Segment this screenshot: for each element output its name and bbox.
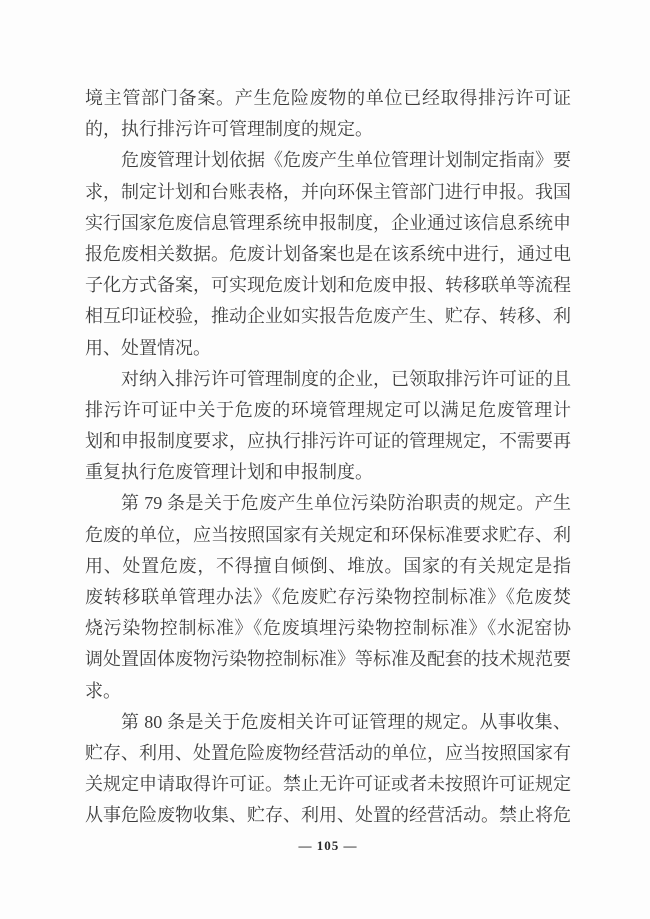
paragraph: 第 79 条是关于危废产生单位污染防治职责的规定。产生 危废的单位，应当按照国家…	[85, 488, 571, 706]
text-line: 报危废相关数据。危废计划备案也是在该系统中进行，通过电	[85, 239, 571, 270]
text-line: 第 80 条是关于危废相关许可证管理的规定。从事收集、	[85, 707, 571, 738]
text-line: 求，制定计划和台账表格，并向环保主管部门进行申报。我国	[85, 177, 571, 208]
text-line: 相互印证校验，推动企业如实报告危废产生、贮存、转移、利	[85, 301, 571, 332]
page-number: — 105 —	[85, 838, 571, 854]
text-line: 第 79 条是关于危废产生单位污染防治职责的规定。产生	[85, 488, 571, 519]
text-line: 子化方式备案，可实现危废计划和危废申报、转移联单等流程	[85, 270, 571, 301]
paragraph: 境主管部门备案。产生危险废物的单位已经取得排污许可证 的，执行排污许可管理制度的…	[85, 83, 571, 145]
text-line: 贮存、利用、处置危险废物经营活动的单位，应当按照国家有	[85, 738, 571, 769]
text-line: 排污许可证中关于危废的环境管理规定可以满足危废管理计	[85, 395, 571, 426]
text-line: 重复执行危废管理计划和申报制度。	[85, 457, 571, 488]
text-line: 的，执行排污许可管理制度的规定。	[85, 114, 571, 145]
text-line: 对纳入排污许可管理制度的企业，已领取排污许可证的且	[85, 364, 571, 395]
document-page: 境主管部门备案。产生危险废物的单位已经取得排污许可证 的，执行排污许可管理制度的…	[0, 0, 650, 919]
paragraph: 危废管理计划依据《危废产生单位管理计划制定指南》要 求，制定计划和台账表格，并向…	[85, 145, 571, 363]
text-line: 求。	[85, 676, 571, 707]
text-line: 烧污染物控制标准》《危废填埋污染物控制标准》《水泥窑协	[85, 613, 571, 644]
text-line: 危废管理计划依据《危废产生单位管理计划制定指南》要	[85, 145, 571, 176]
text-line: 划和申报制度要求，应执行排污许可证的管理规定，不需要再	[85, 426, 571, 457]
text-line: 实行国家危废信息管理系统申报制度，企业通过该信息系统申	[85, 208, 571, 239]
text-line: 危废的单位，应当按照国家有关规定和环保标准要求贮存、利	[85, 520, 571, 551]
text-line: 废转移联单管理办法》《危废贮存污染物控制标准》《危废焚	[85, 582, 571, 613]
paragraph: 第 80 条是关于危废相关许可证管理的规定。从事收集、 贮存、利用、处置危险废物…	[85, 707, 571, 832]
text-line: 用、处置危废，不得擅自倾倒、堆放。国家的有关规定是指《危	[85, 551, 571, 582]
text-line: 用、处置情况。	[85, 333, 571, 364]
text-line: 调处置固体废物污染物控制标准》等标准及配套的技术规范要	[85, 644, 571, 675]
text-line: 境主管部门备案。产生危险废物的单位已经取得排污许可证	[85, 83, 571, 114]
paragraph: 对纳入排污许可管理制度的企业，已领取排污许可证的且 排污许可证中关于危废的环境管…	[85, 364, 571, 489]
text-block: 境主管部门备案。产生危险废物的单位已经取得排污许可证 的，执行排污许可管理制度的…	[85, 83, 571, 832]
text-line: 关规定申请取得许可证。禁止无许可证或者未按照许可证规定	[85, 769, 571, 800]
text-line: 从事危险废物收集、贮存、利用、处置的经营活动。禁止将危	[85, 800, 571, 831]
